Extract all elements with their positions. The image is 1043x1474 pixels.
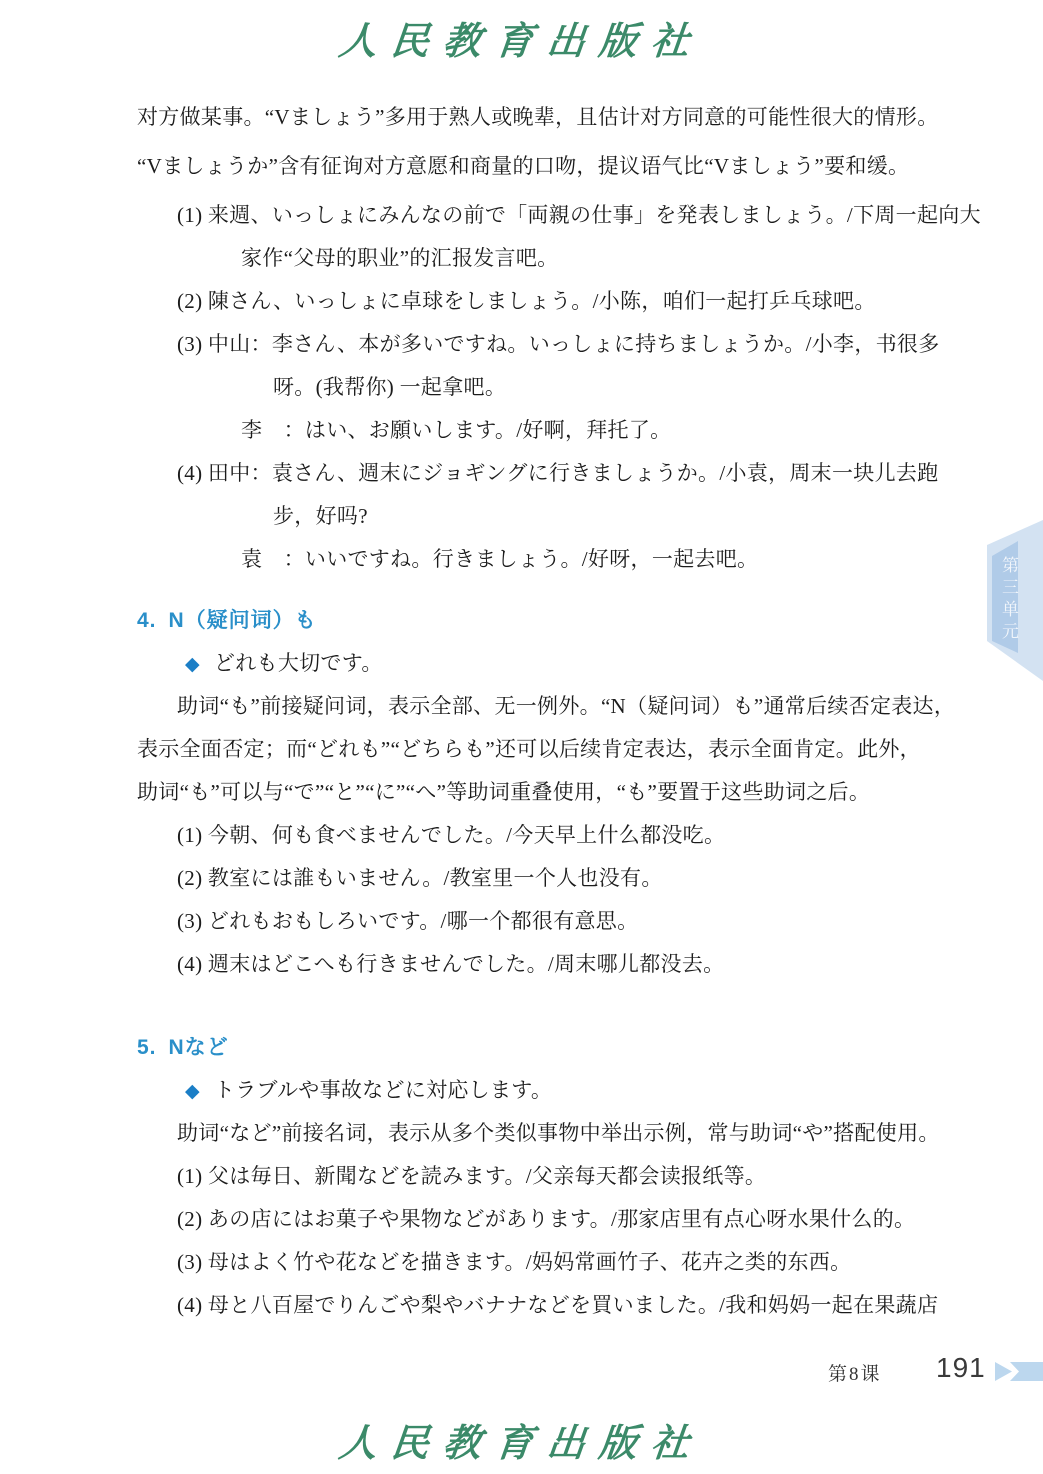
example-line: (4) 週末はどこへも行きませんでした。/周末哪儿都没去。 [137, 943, 977, 986]
example-line: (2) あの店にはお菓子や果物などがあります。/那家店里有点心呀水果什么的。 [137, 1198, 977, 1241]
body-line: 对方做某事。“Vましょう”多用于熟人或晚辈，且估计对方同意的可能性很大的情形。 [137, 96, 977, 139]
example-line: (4) 母と八百屋でりんごや梨やバナナなどを買いました。/我和妈妈一起在果蔬店 [137, 1284, 977, 1327]
example-line: (4) 田中：袁さん、週末にジョギングに行きましょうか。/小袁，周末一块儿去跑 [137, 452, 977, 495]
textbook-page: 人民教育出版社 对方做某事。“Vましょう”多用于熟人或晚辈，且估计对方同意的可能… [0, 0, 1043, 1474]
page-corner-chevron-icon [995, 1361, 1043, 1382]
key-sentence: ◆トラブルや事故などに対応します。 [137, 1069, 977, 1112]
dialogue-line: 袁 ：いいですね。行きましょう。/好呀，一起去吧。 [137, 538, 977, 581]
body-line: 助词“など”前接名词，表示从多个类似事物中举出示例，常与助词“や”搭配使用。 [137, 1112, 977, 1155]
example-continuation: 步，好吗? [137, 495, 977, 538]
section-title: Nなど [169, 1036, 229, 1059]
section-heading-5: 5.Nなど [137, 1026, 977, 1069]
key-sentence-text: どれも大切です。 [214, 651, 383, 675]
body-line: “Vましょうか”含有征询对方意愿和商量的口吻，提议语气比“Vましょう”要和缓。 [137, 145, 977, 188]
example-line: (1) 来週、いっしょにみんなの前で「両親の仕事」を発表しましょう。/下周一起向… [137, 194, 977, 237]
body-line: 表示全面否定；而“どれも”“どちらも”还可以后续肯定表达，表示全面肯定。此外， [137, 728, 977, 771]
footer-lesson-label: 第8课 [828, 1359, 882, 1386]
key-sentence: ◆どれも大切です。 [137, 642, 977, 685]
example-continuation: 呀。(我帮你) 一起拿吧。 [137, 366, 977, 409]
publisher-logo-top: 人民教育出版社 [0, 10, 1043, 65]
publisher-logo-bottom: 人民教育出版社 [0, 1412, 1043, 1467]
section-heading-4: 4.N（疑问词）も [137, 599, 977, 642]
example-line: (3) 母はよく竹や花などを描きます。/妈妈常画竹子、花卉之类的东西。 [137, 1241, 977, 1284]
page-content: 对方做某事。“Vましょう”多用于熟人或晚辈，且估计对方同意的可能性很大的情形。 … [137, 96, 977, 1327]
example-continuation: 家作“父母的职业”的汇报发言吧。 [137, 237, 977, 280]
section-number: 5. [137, 1036, 157, 1059]
example-line: (2) 陳さん、いっしょに卓球をしましょう。/小陈，咱们一起打乒乓球吧。 [137, 280, 977, 323]
body-line: 助词“も”可以与“で”“と”“に”“へ”等助词重叠使用，“も”要置于这些助词之后… [137, 771, 977, 814]
diamond-bullet-icon: ◆ [185, 653, 200, 675]
section-number: 4. [137, 609, 157, 632]
example-line: (1) 今朝、何も食べませんでした。/今天早上什么都没吃。 [137, 814, 977, 857]
key-sentence-text: トラブルや事故などに対応します。 [214, 1078, 552, 1102]
example-line: (2) 教室には誰もいません。/教室里一个人也没有。 [137, 857, 977, 900]
unit-tab-label: 第三单元 [996, 556, 1021, 644]
footer-page-number: 191 [936, 1352, 986, 1384]
dialogue-line: 李 ：はい、お願いします。/好啊，拜托了。 [137, 409, 977, 452]
example-line: (1) 父は毎日、新聞などを読みます。/父亲每天都会读报纸等。 [137, 1155, 977, 1198]
example-line: (3) 中山：李さん、本が多いですね。いっしょに持ちましょうか。/小李，书很多 [137, 323, 977, 366]
example-line: (3) どれもおもしろいです。/哪一个都很有意思。 [137, 900, 977, 943]
body-line: 助词“も”前接疑问词，表示全部、无一例外。“N（疑问词）も”通常后续否定表达， [137, 685, 977, 728]
diamond-bullet-icon: ◆ [185, 1080, 200, 1102]
section-title: N（疑问词）も [169, 609, 317, 632]
